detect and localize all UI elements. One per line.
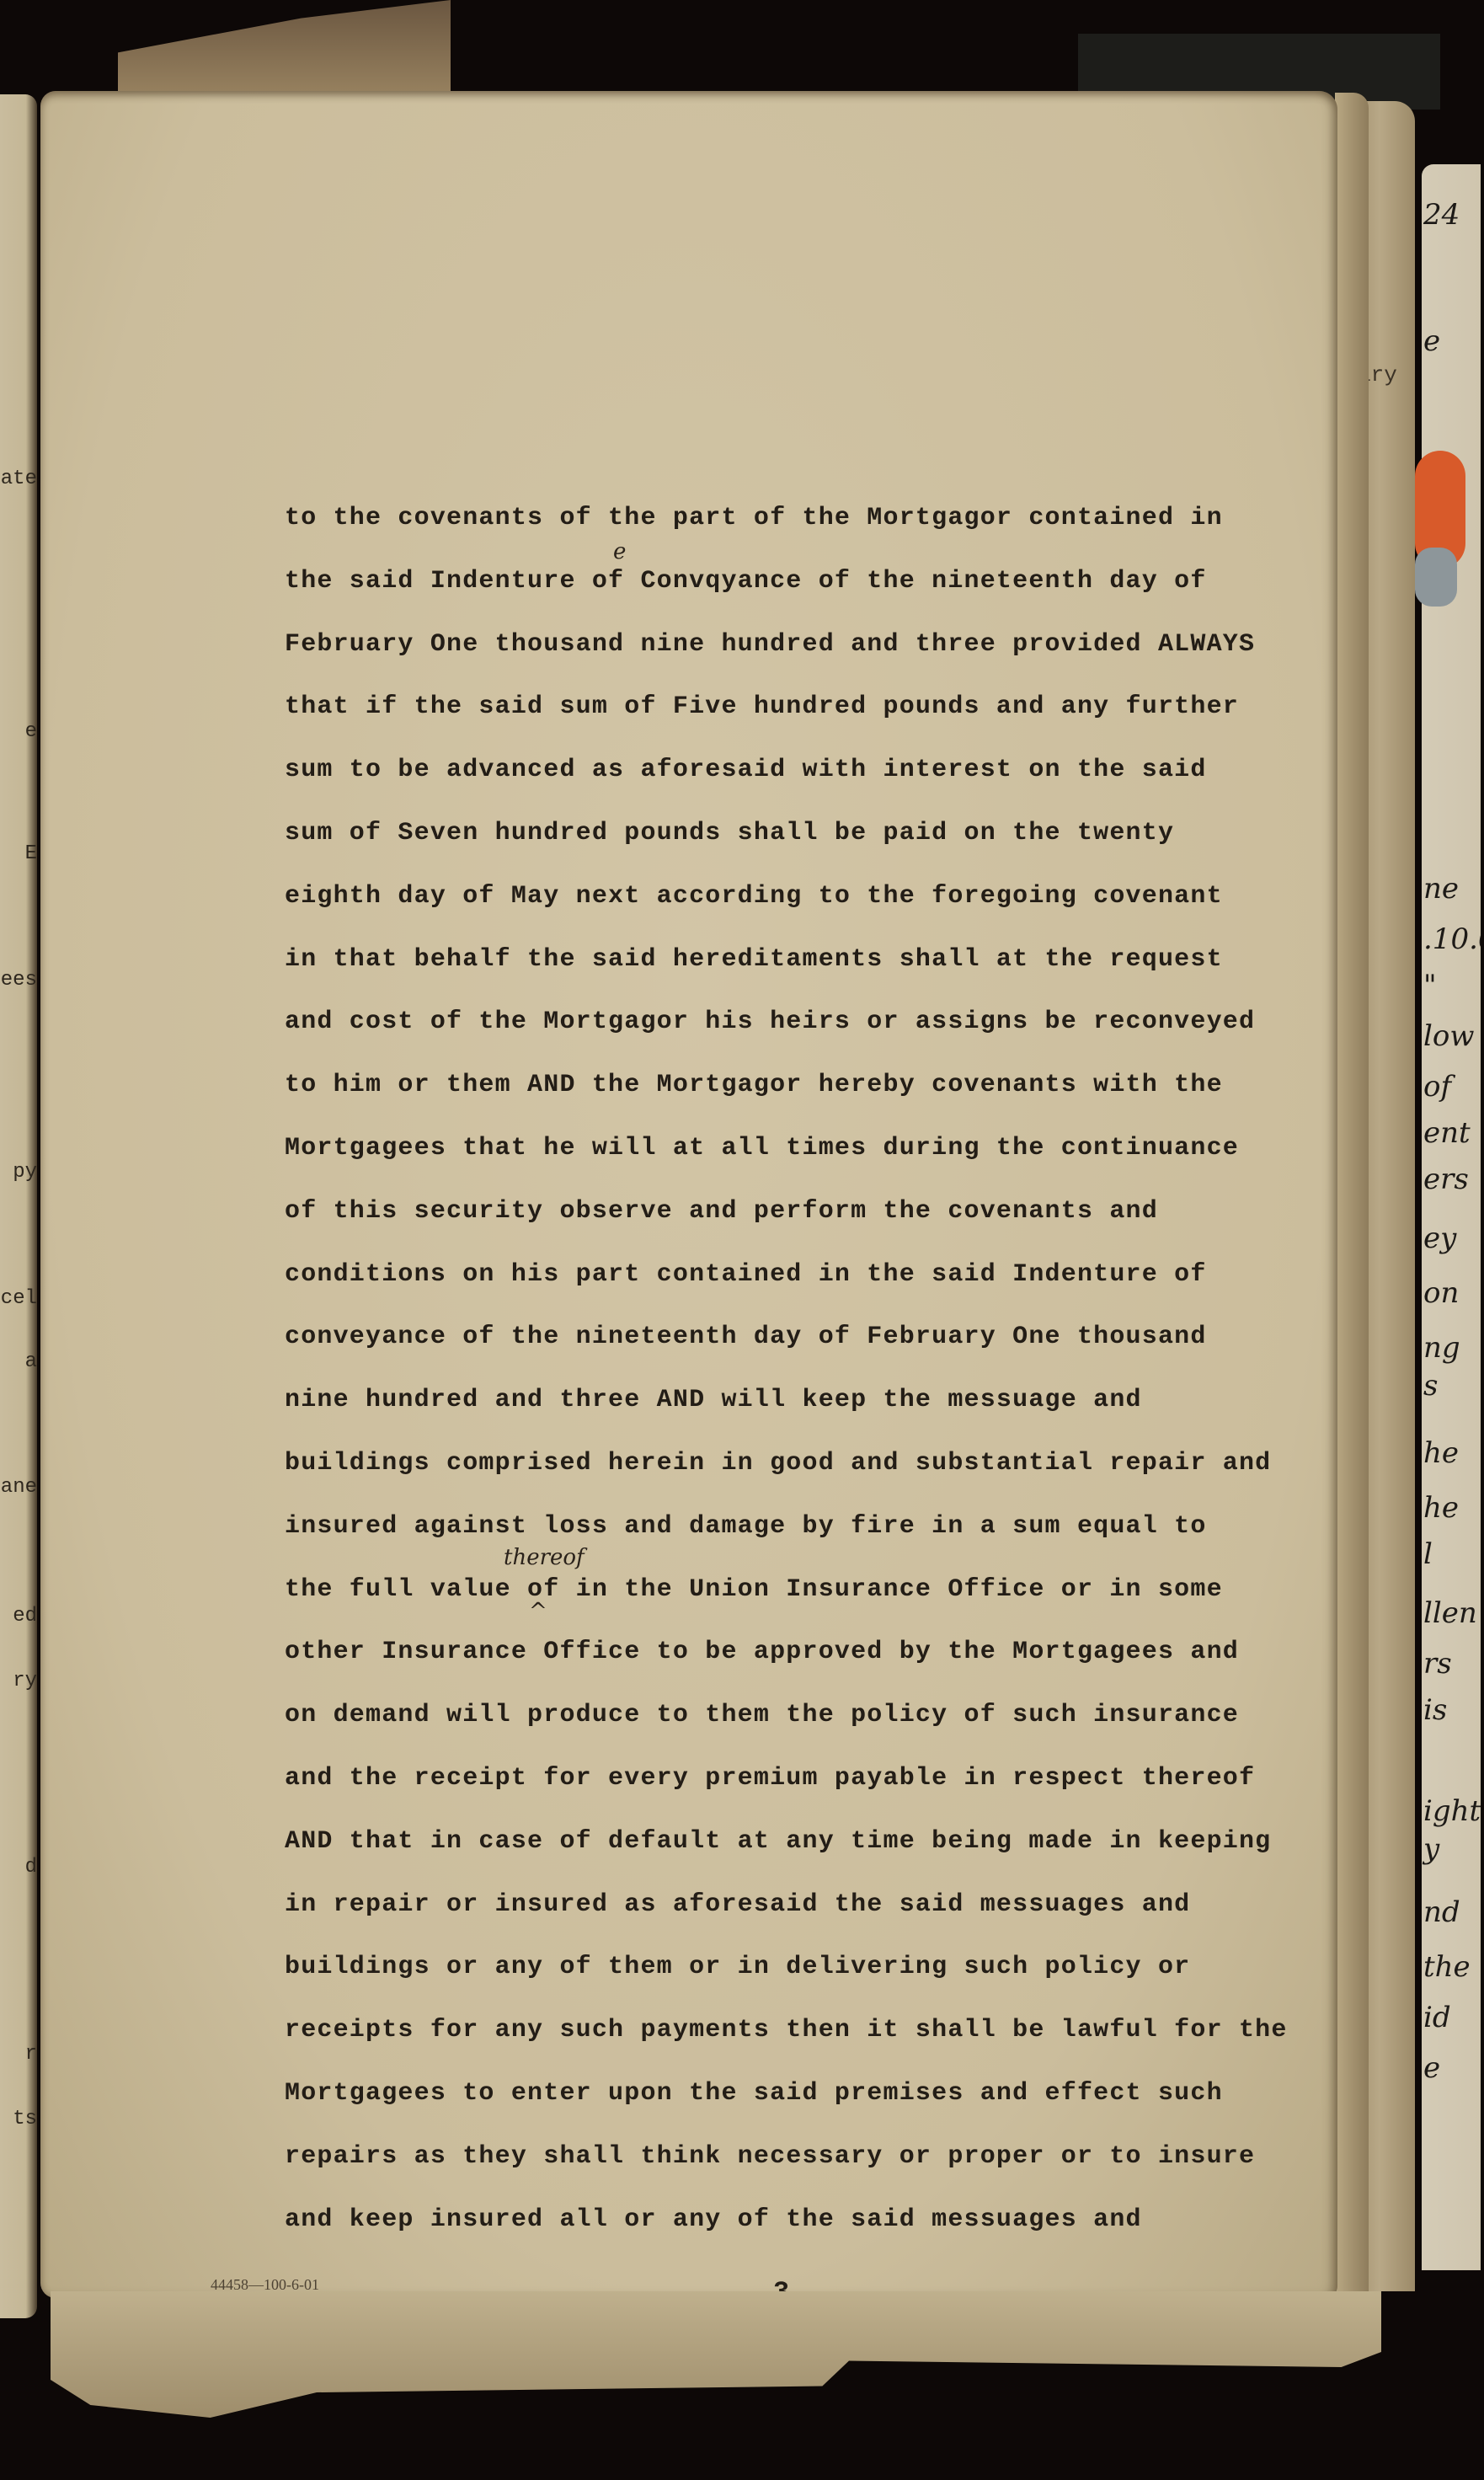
handwritten-fragment: e <box>1423 324 1440 358</box>
text-line: to the covenants of the part of the Mort… <box>285 504 1223 532</box>
text-line: Mortgagees that he will at all times dur… <box>285 1134 1239 1162</box>
handwritten-fragment: .10.0 <box>1423 922 1481 956</box>
left-page-text-fragment: Jane <box>0 1476 37 1499</box>
text-line: in that behalf the said hereditaments sh… <box>285 945 1223 974</box>
text-line: nine hundred and three AND will keep the… <box>285 1386 1142 1414</box>
text-line: insured against loss and damage by fire … <box>285 1512 1207 1541</box>
left-page-text-fragment: ees <box>0 969 37 991</box>
handwritten-fragment: ers <box>1423 1162 1469 1196</box>
text-line: repairs as they shall think necessary or… <box>285 2142 1255 2171</box>
handwritten-fragment: the <box>1423 1950 1471 1984</box>
document-page: to the covenants of the part of the Mort… <box>40 91 1337 2298</box>
left-page-text-fragment: e <box>0 720 37 743</box>
text-line: Mortgagees to enter upon the said premis… <box>285 2079 1223 2108</box>
handwritten-fragment: id <box>1423 2001 1451 2034</box>
page-curl-edge <box>1335 93 1369 2317</box>
handwritten-correction: e <box>613 539 626 564</box>
text-line: receipts for any such payments then it s… <box>285 2016 1288 2044</box>
left-page-text-fragment: E <box>0 842 37 865</box>
text-line: sum to be advanced as aforesaid with int… <box>285 756 1207 784</box>
text-line: and cost of the Mortgagor his heirs or a… <box>285 1007 1255 1036</box>
handwritten-fragment: of <box>1423 1070 1451 1104</box>
handwritten-fragment: y <box>1423 1832 1439 1866</box>
text-line: the said Indenture of Convqyance of the … <box>285 567 1207 596</box>
text-line: conveyance of the nineteenth day of Febr… <box>285 1323 1207 1351</box>
left-facing-page-edge: ateeEeespyrcelaJaneedrydrts <box>0 94 37 2318</box>
left-page-text-fragment: ed <box>0 1605 37 1627</box>
handwritten-fragment: is <box>1423 1693 1447 1727</box>
left-page-text-fragment: ry <box>0 1670 37 1692</box>
text-line: the full value of in the Union Insurance… <box>285 1575 1223 1604</box>
text-line: of this security observe and perform the… <box>285 1197 1158 1226</box>
left-page-text-fragment: d <box>0 1856 37 1879</box>
handwritten-fragment: e <box>1423 2051 1440 2085</box>
handwritten-fragment: ng <box>1423 1331 1460 1365</box>
handwritten-fragment: ent <box>1423 1116 1471 1150</box>
text-line: to him or them AND the Mortgagor hereby … <box>285 1071 1223 1099</box>
torn-paper-scrap <box>118 0 451 101</box>
text-line: and the receipt for every premium payabl… <box>285 1764 1255 1793</box>
printer-code: 44458—100-6-01 <box>211 2276 319 2294</box>
left-page-text-fragment: r <box>0 2043 37 2066</box>
handwritten-fragment: 24 <box>1423 198 1460 232</box>
text-line: sum of Seven hundred pounds shall be pai… <box>285 819 1174 847</box>
handwritten-fragment: nd <box>1423 1895 1460 1929</box>
handwritten-insertion: thereof <box>504 1545 585 1570</box>
text-line: February One thousand nine hundred and t… <box>285 630 1255 659</box>
left-page-text-fragment: a <box>0 1350 37 1373</box>
text-line: on demand will produce to them the polic… <box>285 1701 1239 1729</box>
text-line: other Insurance Office to be approved by… <box>285 1638 1239 1666</box>
handwritten-fragment: he <box>1423 1436 1459 1470</box>
handwritten-fragment: ey <box>1423 1221 1456 1255</box>
text-line: that if the said sum of Five hundred pou… <box>285 692 1239 721</box>
handwritten-fragment: ne <box>1423 872 1459 906</box>
caret-mark: ^ <box>529 1599 547 1624</box>
left-page-text-fragment: ate <box>0 468 37 490</box>
handwritten-fragment: he <box>1423 1491 1459 1525</box>
torn-bottom-edge <box>51 2291 1381 2418</box>
handwritten-fragment: llen <box>1423 1596 1477 1630</box>
text-line: and keep insured all or any of the said … <box>285 2205 1142 2234</box>
text-line: AND that in case of default at any time … <box>285 1827 1271 1856</box>
text-line: in repair or insured as aforesaid the sa… <box>285 1890 1190 1919</box>
handwritten-fragment: ight <box>1423 1794 1481 1828</box>
left-page-text-fragment: ts <box>0 2108 37 2130</box>
handwritten-fragment: rs <box>1423 1647 1452 1681</box>
left-page-text-fragment: rcel <box>0 1287 37 1310</box>
text-line: buildings comprised herein in good and s… <box>285 1449 1271 1478</box>
revenue-stamp-grey <box>1415 548 1457 607</box>
handwritten-fragment: s <box>1423 1369 1438 1403</box>
handwritten-fragment: " <box>1423 969 1437 1002</box>
handwritten-fragment: low <box>1423 1019 1474 1053</box>
text-line: eighth day of May next according to the … <box>285 882 1223 911</box>
handwritten-fragment: on <box>1423 1276 1459 1310</box>
left-page-text-fragment: py <box>0 1161 37 1184</box>
text-line: conditions on his part contained in the … <box>285 1260 1207 1289</box>
text-line: buildings or any of them or in deliverin… <box>285 1953 1190 1981</box>
handwritten-fragment: l <box>1423 1537 1433 1571</box>
